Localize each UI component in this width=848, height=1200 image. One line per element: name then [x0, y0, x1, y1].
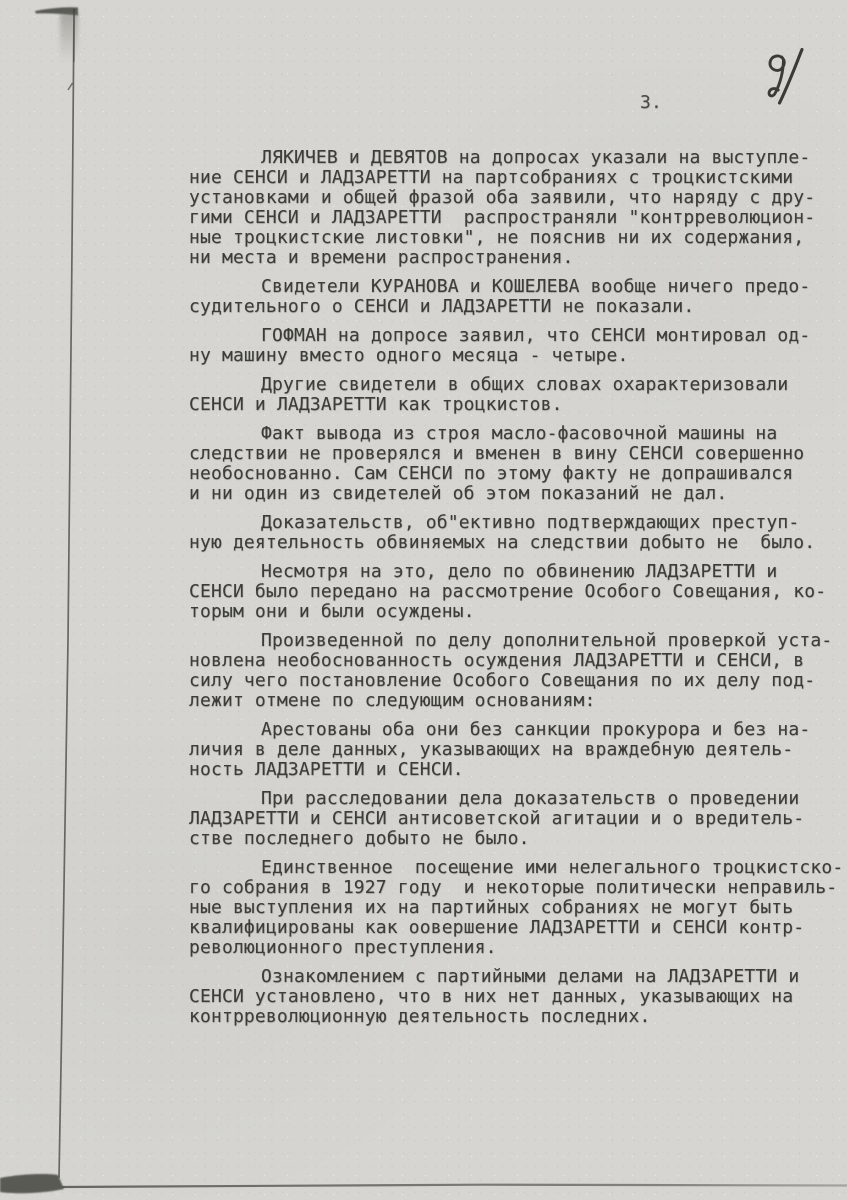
text-line: контрреволюционную деятельность последни…	[189, 1007, 839, 1027]
text-line: При расследовании дела доказательств о п…	[189, 789, 839, 809]
text-line: необоснованно. Сам СЕНСИ по этому факту …	[189, 464, 839, 484]
text-line: ние СЕНСИ и ЛАДЗАРЕТТИ на партсобраниях …	[189, 168, 839, 188]
fold-line-dark-top	[74, 9, 75, 62]
paragraph: ГОФМАН на допросе заявил, что СЕНСИ монт…	[189, 326, 839, 366]
text-line: лежит отмене по следующим основаниям:	[189, 691, 839, 711]
document-text: ЛЯКИЧЕВ и ДЕВЯТОВ на допросах указали на…	[189, 148, 839, 1036]
paragraph: Несмотря на это, дело по обвинению ЛАДЗА…	[189, 562, 839, 622]
text-line: ность ЛАДЗАРЕТТИ и СЕНСИ.	[189, 760, 839, 780]
text-line: новлена необоснованность осуждения ЛАДЗА…	[189, 651, 839, 671]
paragraph: Ознакомлением с партийными делами на ЛАД…	[189, 967, 839, 1027]
text-line: СЕНСИ и ЛАДЗАРЕТТИ как троцкистов.	[189, 395, 839, 415]
paragraph: Произведенной по делу дополнительной про…	[189, 631, 839, 711]
text-line: Единственное посещение ими нелегального …	[189, 858, 839, 878]
scan-smear-top	[60, 13, 78, 61]
paragraph: Свидетели КУРАНОВА и КОШЕЛЕВА вообще нич…	[189, 277, 839, 317]
scan-smudge-top	[35, 7, 78, 15]
scan-smudge-bottom	[0, 1174, 64, 1193]
text-line: торым они и были осуждены.	[189, 602, 839, 622]
text-line: установками и общей фразой оба заявили, …	[189, 188, 839, 208]
text-line: Произведенной по делу дополнительной про…	[189, 631, 839, 651]
text-line: революционного преступления.	[189, 938, 839, 958]
text-line: следствии не проверялся и вменен в вину …	[189, 444, 839, 464]
text-line: го собрания в 1927 году и некоторые поли…	[189, 878, 839, 898]
text-line: ЛЯКИЧЕВ и ДЕВЯТОВ на допросах указали на…	[189, 148, 839, 168]
page-fold-line	[59, 9, 74, 1178]
text-line: СЕНСИ было передано на рассмотрение Особ…	[189, 582, 839, 602]
text-line: стве последнего добыто не было.	[189, 829, 839, 849]
paragraph: Факт вывода из строя масло-фасовочной ма…	[189, 424, 839, 504]
fold-line-tick	[68, 83, 73, 90]
text-line: ные выступления их на партийных собрания…	[189, 898, 839, 918]
text-line: Свидетели КУРАНОВА и КОШЕЛЕВА вообще нич…	[189, 277, 839, 297]
paragraph: Единственное посещение ими нелегального …	[189, 858, 839, 958]
scanned-page: 3. ЛЯКИЧЕВ и ДЕВЯТОВ на допросах указали…	[0, 0, 848, 1200]
text-line: ЛАДЗАРЕТТИ и СЕНСИ антисоветской агитаци…	[189, 809, 839, 829]
text-line: Факт вывода из строя масло-фасовочной ма…	[189, 424, 839, 444]
text-line: Доказательств, об"ективно подтверждающих…	[189, 513, 839, 533]
text-line: ГОФМАН на допросе заявил, что СЕНСИ монт…	[189, 326, 839, 346]
paragraph: При расследовании дела доказательств о п…	[189, 789, 839, 849]
text-line: Другие свидетели в общих словах охаракте…	[189, 375, 839, 395]
handwritten-digit-9	[769, 56, 784, 96]
paragraph: Доказательств, об"ективно подтверждающих…	[189, 513, 839, 553]
typed-page-number: 3.	[640, 93, 662, 113]
handwritten-page-number	[763, 48, 807, 106]
paragraph: Другие свидетели в общих словах охаракте…	[189, 375, 839, 415]
text-line: ну машину вместо одного месяца - четыре.	[189, 346, 839, 366]
text-line: судительного о СЕНСИ и ЛАДЗАРЕТТИ не пок…	[189, 297, 839, 317]
text-line: ни места и времени распространения.	[189, 248, 839, 268]
text-line: и ни один из свидетелей об этом показани…	[189, 484, 839, 504]
text-line: Несмотря на это, дело по обвинению ЛАДЗА…	[189, 562, 839, 582]
text-line: ную деятельность обвиняемых на следствии…	[189, 533, 839, 553]
text-line: силу чего постановление Особого Совещани…	[189, 671, 839, 691]
page-bottom-edge-line	[62, 1185, 847, 1187]
text-line: Ознакомлением с партийными делами на ЛАД…	[189, 967, 839, 987]
text-line: ные троцкистские листовки", не пояснив н…	[189, 228, 839, 248]
text-line: Арестованы оба они без санкции прокурора…	[189, 720, 839, 740]
paragraph: Арестованы оба они без санкции прокурора…	[189, 720, 839, 780]
text-line: личия в деле данных, указывающих на враж…	[189, 740, 839, 760]
text-line: гими СЕНСИ и ЛАДЗАРЕТТИ распространяли "…	[189, 208, 839, 228]
paragraph: ЛЯКИЧЕВ и ДЕВЯТОВ на допросах указали на…	[189, 148, 839, 268]
text-line: квалифицированы как оовершение ЛАДЗАРЕТТ…	[189, 918, 839, 938]
text-line: СЕНСИ установлено, что в них нет данных,…	[189, 987, 839, 1007]
